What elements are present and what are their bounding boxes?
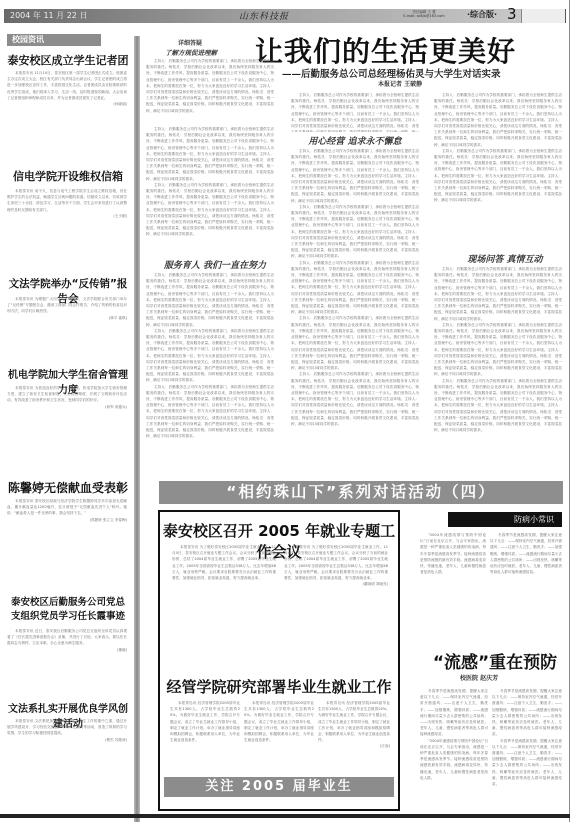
article-body: 本报泰安讯 11月10日，泰安校区第一届学生记者团正式成立。校团委主办这次成立大… [7,70,127,152]
health-intro: 冬春季节是流感高发期，提醒大家注意以下几点：——保持室内空气流通，经常开窗通风；… [490,532,562,640]
issue-date: 2004 年 11 月 22 日 [10,10,87,21]
article-body: 本报泰安讯 泰安校区财政与经济学院学生陈馨婷同学多次参加无偿献血，累计献血量达1… [7,498,127,588]
flu-article-body: 冬春季节是流感高发期，提醒大家注意以下几点：——保持室内空气流通，经常开窗通风；… [420,688,488,812]
section-tag: 校园资讯 [7,34,101,46]
edition-label: ·综合版· [467,9,497,20]
article-title: 信电学院开设维权信箱 [4,168,132,184]
article-body: 本报泰安讯 为了做好泰安校区2005届毕业生就业工作，11月4日，泰安校区召开就… [172,544,276,666]
article-title: 陈馨婷无偿献血受表彰 [4,479,132,496]
section-heading: 现场问答 真情互动 [450,252,560,265]
article-body: 本报泰安讯 为增强广大同学的法律意识，文法学院联合有关部门举办了“反传销”专题报… [7,296,127,356]
employment-feature-box: 泰安校区召开 2005 年就业专题工作会议 本报泰安讯 为了做好泰安校区2005… [158,510,400,811]
health-intro: “2004年流感疫情与预防中国论坛”日前在北京召开，与会专家指出，流感是一种严重… [420,532,486,640]
feature-body: 主持人：后勤服务总公司作为学校的重要部门，承担着为全校师生提供生活服务的重任。杨… [146,272,274,474]
feature-body: 主持人：后勤服务总公司作为学校的重要部门，承担着为全校师生提供生活服务的重任。杨… [434,92,562,252]
article-body: 本报青岛讯 经济管理学院2005届毕业生共有1300人，占学校毕业生总数的20%… [170,700,240,774]
flu-article-body: 冬春季节是流感高发期，提醒大家注意以下几点：——保持室内空气流通，经常开窗通风；… [492,688,562,812]
article-title: 泰安校区后勤服务公司党总支组织党员学习任长霞事迹 [4,596,132,624]
article-body: 本报泰安讯 为了做好泰安校区2005届毕业生就业工作，11月4日，泰安校区召开就… [284,544,388,666]
main-headline: 让我们的生活更美好 [255,30,516,70]
newspaper-page: 2004 年 11 月 22 日 山东科技报 责任编辑 王 慧 E-mail: … [0,0,570,822]
byline: 本报记者 王破静 [378,79,422,88]
article-body: 本报泰安讯 文法系把加强学风建设作为学生工作的重中之重，通过开展学风建设月、学习… [7,718,127,818]
health-tips-tag: 防病小常识 [448,512,562,527]
section-heading: 用心经营 追求永不懈怠 [300,134,410,147]
article-title: 经管学院研究部署毕业生就业工作 [160,676,398,697]
article-body: 本报青岛讯 经济管理学院2005届毕业生共有1300人，占学校毕业生总数的20%… [318,700,390,774]
section-heading: 服务育人 我们一直在努力 [160,258,270,271]
feature-body: 主持人：后勤服务总公司作为学校的重要部门，承担着为全校师生提供生活服务的重任。杨… [146,126,274,256]
flu-article-byline: 校医院 赵庆芳 [460,673,498,682]
kicker: 了解方规促进理解 [165,48,217,57]
feature-body: 主持人：后勤服务总公司作为学校的重要部门，承担着为全校师生提供生活服务的重任。杨… [291,148,419,474]
article-title: 泰安校区成立学生记者团 [4,52,132,68]
column-divider [134,36,140,822]
feature-body: 主持人：后勤服务总公司作为学校的重要部门，承担着为全校师生提供生活服务的重任。杨… [434,266,562,474]
sub-headline: ——后勤服务总公司总经理杨佑灵与大学生对话实录 [282,66,501,80]
article-body: 本报泰安讯 为营造良好的学习生活环境，机电学院加大学生宿舍管理力度，建立了宿舍卫… [7,385,127,465]
editor-info: 责任编辑 王 慧 E-mail: sdkjb@163.com [384,10,464,18]
bottom-rule [0,814,570,818]
article-body: 本报泰安讯 近日，泰安校区后勤服务公司党总支组织全体党员认真观看了《任长霞先进事… [7,628,127,690]
kicker: 详细答疑 [178,38,202,47]
flu-article-title: “流感”重在预防 [420,648,570,673]
page-number-box [521,9,565,23]
feature-body: 主持人：后勤服务总公司作为学校的重要部门，承担着为全校师生提供生活服务的重任。杨… [291,92,419,132]
masthead: 2004 年 11 月 22 日 山东科技报 责任编辑 王 慧 E-mail: … [4,9,566,23]
article-body: 本报青岛讯 经济管理学院2005届毕业生共有1300人，占学校毕业生总数的20%… [244,700,314,774]
page-number: 3 [507,5,517,23]
employment-footer-band: 关注 2005 届毕业生 [164,777,394,797]
article-body: 本报泰安讯 前不久，信息与电气工程学院学生会设立维权信箱，旨在维护学生的合法权益… [7,188,127,264]
feature-body: 主持人：后勤服务总公司作为学校的重要部门，承担着为全校师生提供生活服务的重任。杨… [146,58,274,126]
series-banner: “相约珠山下”系列对话活动（四） [159,481,563,504]
newspaper-logo: 山东科技报 [239,9,289,22]
campus-news-column: 校园资讯 泰安校区成立学生记者团 本报泰安讯 11月10日，泰安校区第一届学生记… [4,30,132,822]
